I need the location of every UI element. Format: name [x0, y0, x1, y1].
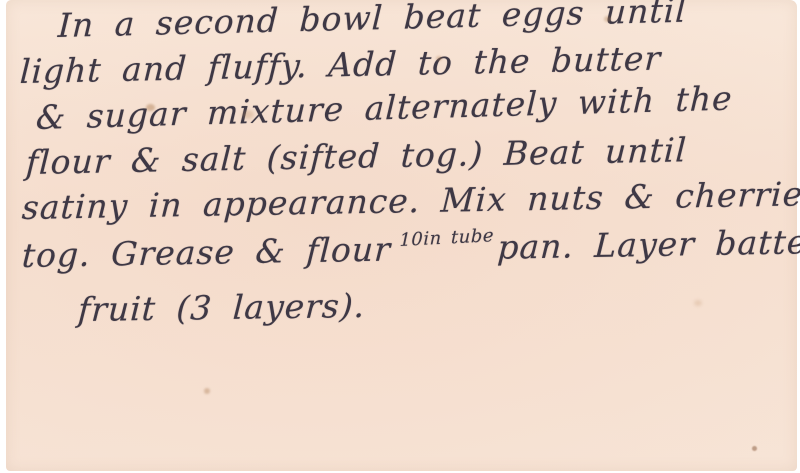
- handwriting-text: pan. Layer batter &: [496, 221, 800, 267]
- paper-stain: [752, 446, 757, 451]
- handwriting-line: satiny in appearance. Mix nuts & cherrie…: [21, 174, 800, 227]
- handwriting-line: flour & salt (sifted tog.) Beat until: [25, 130, 688, 182]
- handwriting-text: fruit (3 layers).: [77, 286, 367, 329]
- handwriting-line: tog. Grease & flour10in tubepan. Layer b…: [21, 221, 800, 275]
- superscript-insertion: 10in tube: [399, 225, 494, 251]
- handwriting-line: In a second bowl beat eggs until: [57, 0, 688, 45]
- handwriting-text: tog. Grease & flour: [21, 230, 392, 275]
- scanned-page: In a second bowl beat eggs until light a…: [0, 0, 800, 473]
- recipe-card: In a second bowl beat eggs until light a…: [6, 0, 797, 471]
- handwriting-text: In a second bowl beat eggs until: [57, 0, 688, 45]
- paper-stain: [204, 388, 210, 394]
- handwriting-text: flour & salt (sifted tog.) Beat until: [25, 130, 688, 182]
- paper-stain: [694, 300, 702, 306]
- handwriting-line: fruit (3 layers).: [77, 286, 367, 329]
- handwriting-text: satiny in appearance. Mix nuts & cherrie…: [21, 174, 800, 227]
